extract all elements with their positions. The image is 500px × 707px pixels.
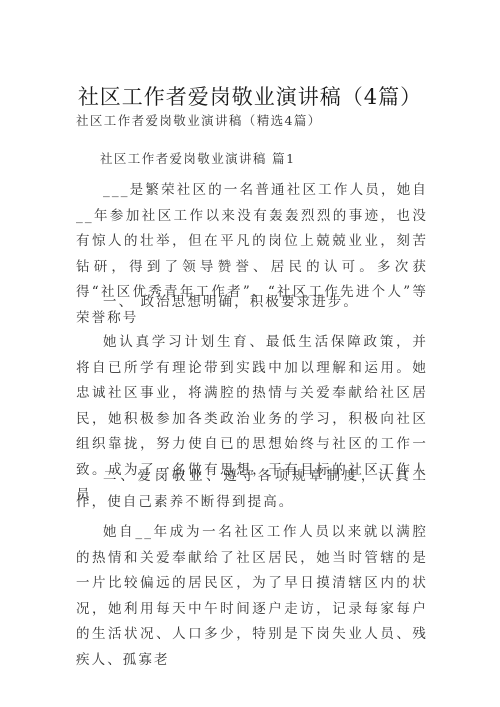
point-heading-1: 一、 政治思想明确，积极要求进步。: [76, 290, 428, 316]
section-heading: 社区工作者爱岗敬业演讲稿 篇1: [100, 151, 295, 167]
document-title: 社区工作者爱岗敬业演讲稿（4篇）: [0, 84, 500, 110]
document-subtitle: 社区工作者爱岗敬业演讲稿（精选4篇）: [76, 113, 322, 129]
point-heading-2: 二、爱岗敬业、遵守各项规章制度，认真工作，使自己素养不断得到提高。: [76, 464, 428, 515]
paragraph-dedication: 她自__年成为一名社区工作人员以来就以满腔的热情和关爱奉献给了社区居民，她当时管…: [76, 520, 428, 673]
